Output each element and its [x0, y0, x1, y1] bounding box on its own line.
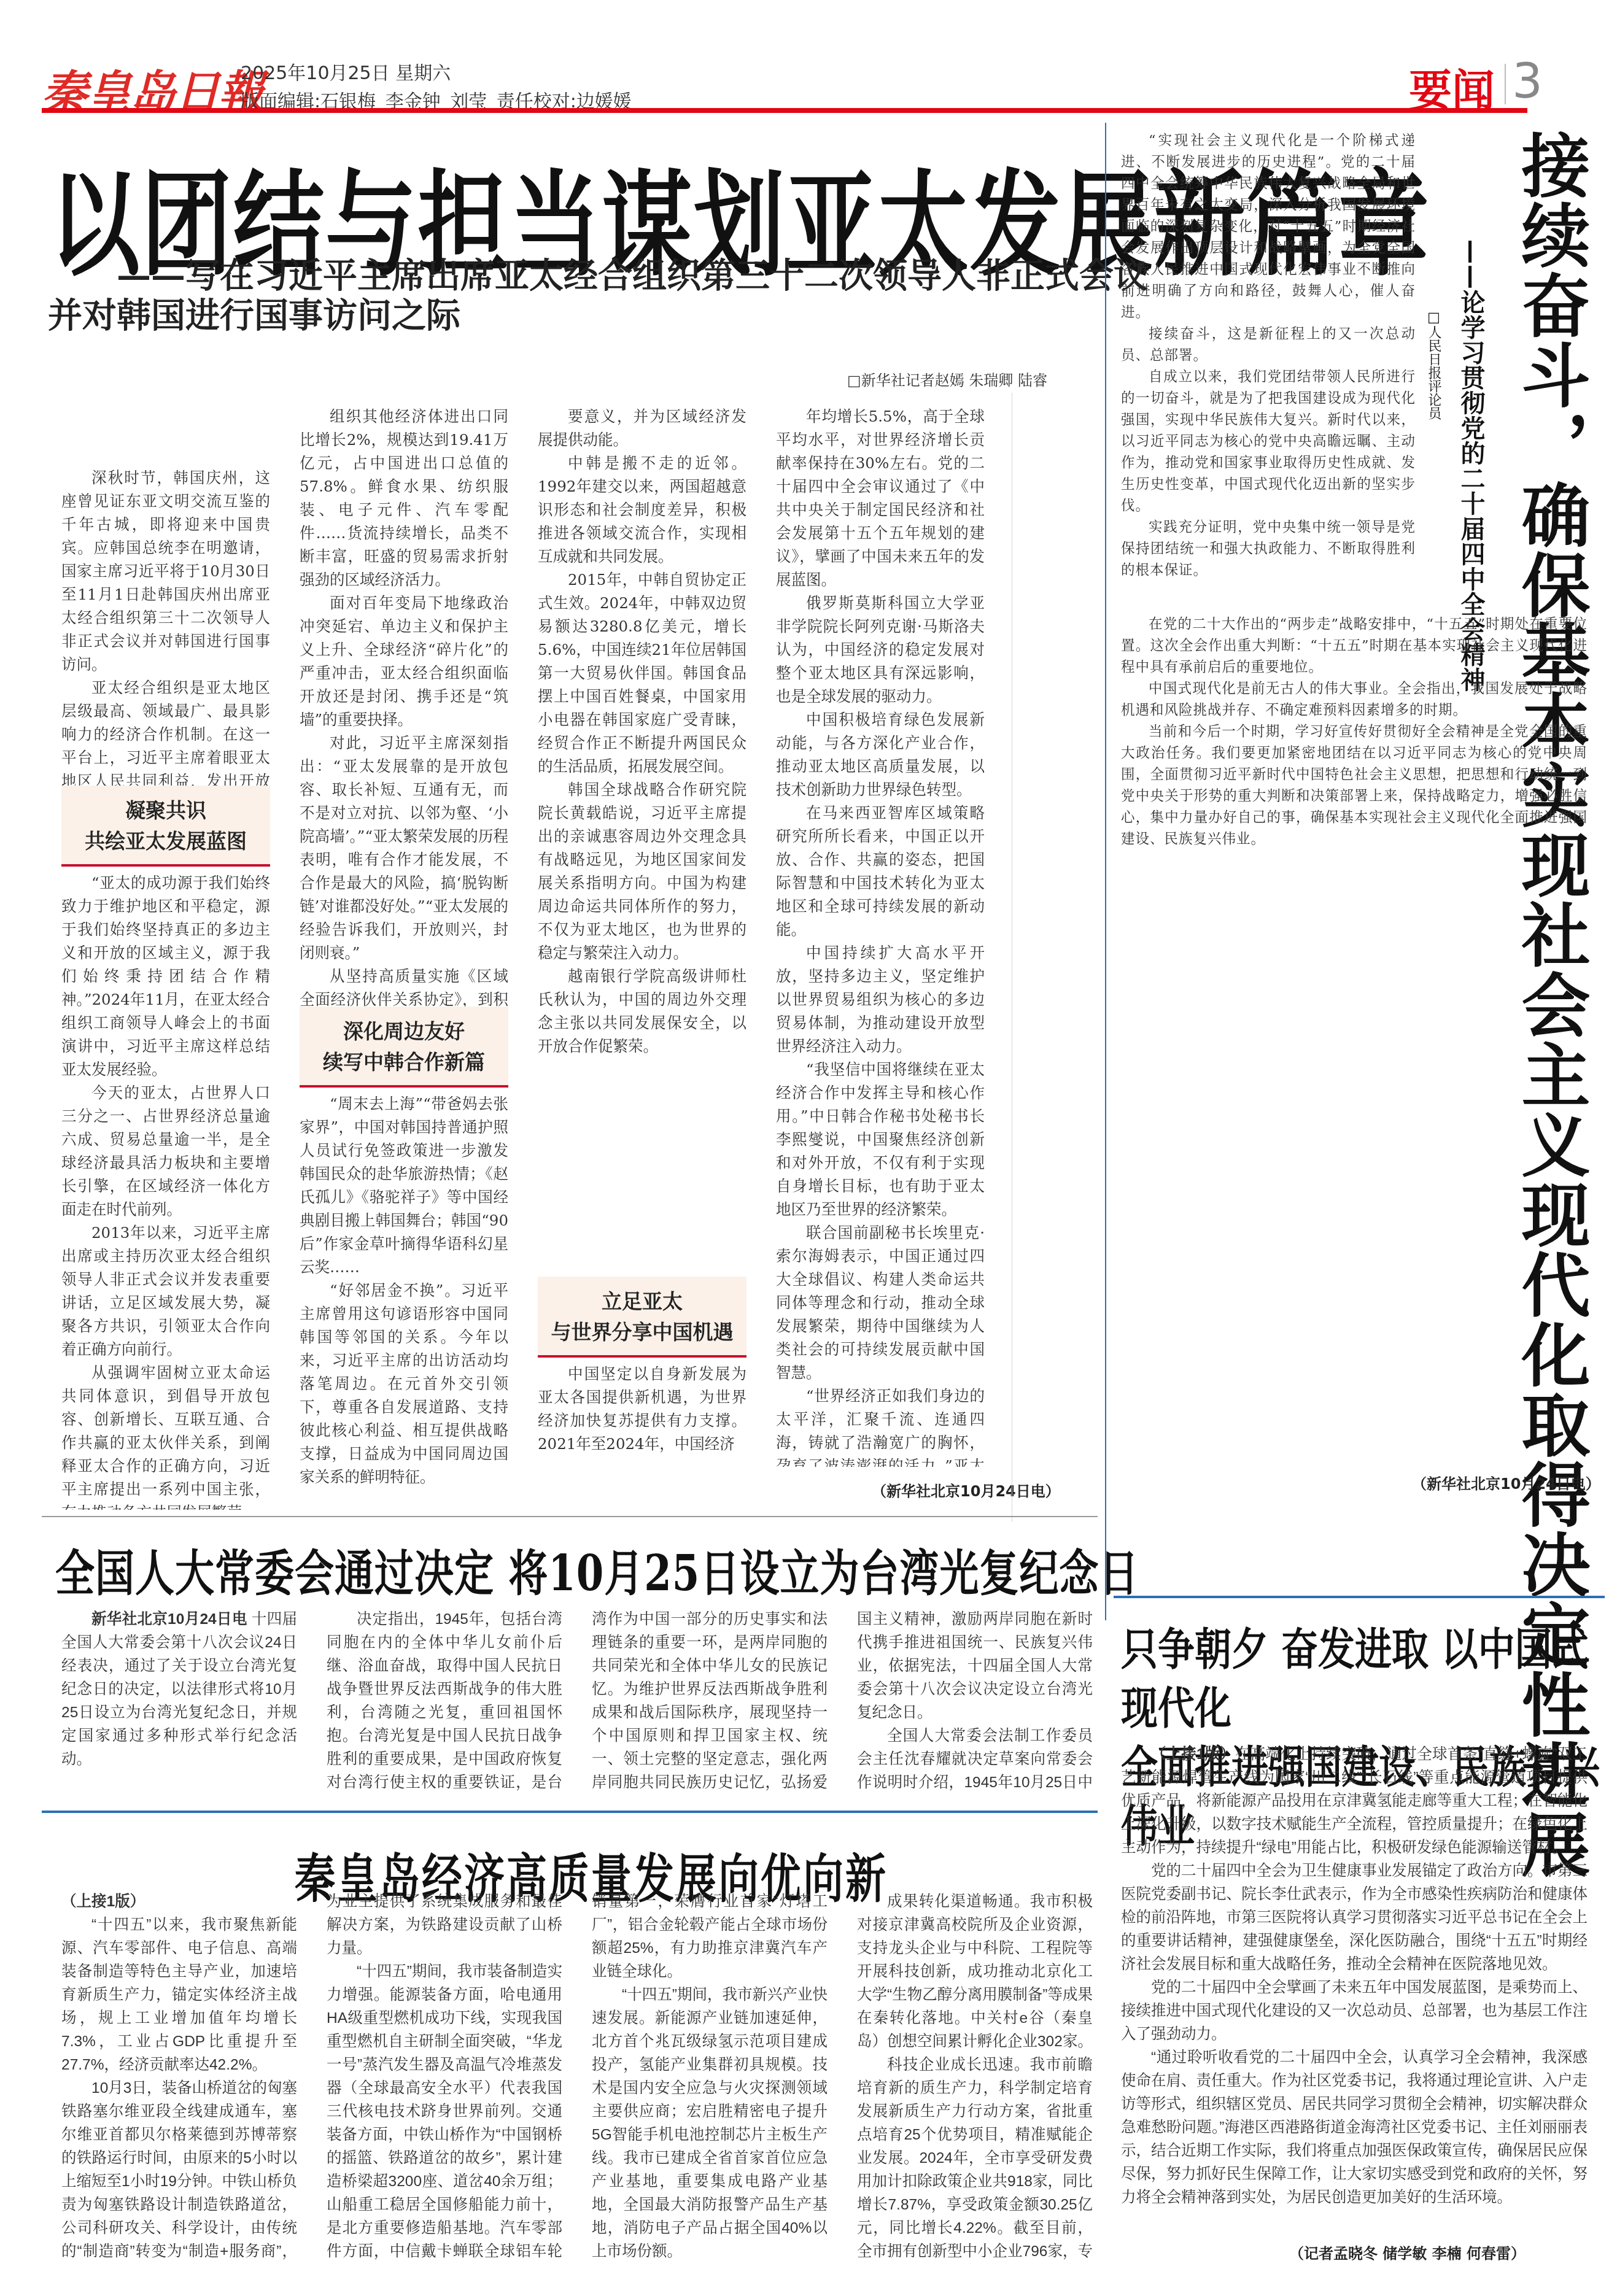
section-divider — [42, 1516, 1098, 1517]
subhead-line: 深化周边友好 — [300, 1016, 508, 1047]
paragraph: 当前和今后一个时期，学习好宣传好贯彻好全会精神是全党全国的重大政治任务。我们要更… — [1121, 721, 1588, 850]
paragraph: 越南银行学院高级讲师杜氏秋认为，中国的周边外交理念主张以共同发展保安全，以开放合… — [538, 965, 746, 1058]
paragraph: 韩国全球战略合作研究院院长黄载皓说，习近平主席提出的亲诚惠容周边外交理念具有战略… — [538, 778, 746, 965]
article1-column-2: 组织其他经济体进出口同比增长2%，规模达到19.41万亿元，占中国进出口总值的5… — [300, 405, 508, 1007]
article1-dateline: （新华社北京10月24日电） — [872, 1479, 1060, 1501]
subhead-line: 凝聚共识 — [61, 795, 270, 826]
main-subtitle-line2: 并对韩国进行国事访问之际 — [48, 288, 460, 338]
subhead-box-1: 凝聚共识 共绘亚太发展蓝图 — [61, 786, 270, 867]
paragraph: “世界经济正如我们身边的太平洋，汇聚千流、连通四海，铸就了浩瀚宽广的胸怀，孕育了… — [776, 1385, 985, 1467]
paragraph: 在党的二十大作出的“两步走”战略安排中，“十五五”时期处在重要位置。这次全会作出… — [1121, 614, 1588, 678]
paragraph: 面对百年变局下地缘政治冲突延宕、单边主义和保护主义上升、全球经济“碎片化”的严重… — [300, 592, 508, 732]
subhead-line: 共绘亚太发展蓝图 — [61, 826, 270, 857]
paragraph: “亚太的成功源于我们始终致力于维护地区和平稳定，源于我们始终坚持真正的多边主义和… — [61, 872, 270, 1081]
paragraph: 中国积极培育绿色发展新动能，与各方深化产业合作，推动亚太地区高质量发展，以技术创… — [776, 708, 985, 802]
paragraph: 自成立以来，我们党团结带领人民所进行的一切奋斗，就是为了把我国建设成为现代化强国… — [1121, 366, 1416, 517]
article1-column-3: 要意义，并为区域经济发展提供动能。 中韩是搬不走的近邻。1992年建交以来，两国… — [538, 405, 746, 1258]
article1-column-2b: “周末去上海”“带爸妈去张家界”，中国对韩国持普通护照人员试行免签政策进一步激发… — [300, 1092, 508, 1510]
paragraph: “我坚信中国将继续在亚太经济合作中发挥主导和核心作用。”中日韩合作秘书处秘书长李… — [776, 1058, 985, 1221]
continued-label: （上接1版） — [1151, 1746, 1235, 1763]
paragraph: 从强调牢固树立亚太命运共同体意识，到倡导开放包容、创新增长、互联互通、合作共赢的… — [61, 1361, 270, 1510]
article1-column-1b: “亚太的成功源于我们始终致力于维护地区和平稳定，源于我们始终坚持真正的多边主义和… — [61, 872, 270, 1510]
subhead-line: 立足亚太 — [538, 1286, 746, 1317]
paragraph: 组织其他经济体进出口同比增长2%，规模达到19.41万亿元，占中国进出口总值的5… — [300, 405, 508, 592]
paragraph: 从坚持高质量实施《区域全面经济伙伴关系协定》，到积极推动加入《全面与进步跨太平洋… — [300, 965, 508, 1007]
modernization-article-body: （上接1版）在高端化上持续突破，通过全球首条“直缝+螺旋”双工艺新能源焊管生产线… — [1121, 1743, 1588, 2234]
paragraph: 成果转化渠道畅通。我市积极对接京津冀高校院所及企业资源，支持龙头企业与中科院、工… — [857, 1890, 1093, 2054]
article1-column-4: 年均增长5.5%，高于全球平均水平，对世界经济增长贡献率保持在30%左右。党的二… — [776, 405, 985, 1467]
paragraph: 在马来西亚智库区域策略研究所所长看来，中国正以开放、合作、共赢的姿态，把国际智慧… — [776, 802, 985, 941]
section-divider-blue — [42, 1811, 1098, 1813]
article1-column-1: 深秋时节，韩国庆州，这座曾见证东亚文明交流互鉴的千年古城，即将迎来中国贵宾。应韩… — [61, 466, 270, 786]
issue-date: 2025年10月25日 星期六 — [241, 58, 451, 85]
paragraph: 亚太经合组织是亚太地区层级最高、领域最广、最具影响力的经济合作机制。在这一平台上… — [61, 676, 270, 786]
paragraph: “实现社会主义现代化是一个阶梯式递进、不断发展进步的历史进程”。党的二十届四中全… — [1121, 130, 1416, 323]
subhead-box-3: 立足亚太 与世界分享中国机遇 — [538, 1277, 746, 1358]
qinhuangdao-article-body: （上接1版） “十四五”以来，我市聚焦新能源、汽车零部件、电子信息、高端装备制造… — [61, 1890, 1093, 2283]
article1-column-3b: 中国坚定以自身新发展为亚太各国提供新机遇，为世界经济加快复苏提供有力支撑。202… — [538, 1363, 746, 1510]
paragraph: 中国坚定以自身新发展为亚太各国提供新机遇，为世界经济加快复苏提供有力支撑。202… — [538, 1363, 746, 1456]
paragraph: “十四五”期间，我市新兴产业快速发展。新能源产业链加速延伸，北方首个兆瓦级绿氢示… — [592, 1984, 828, 2263]
sidebar-section-divider — [1114, 1596, 1605, 1598]
commentary-dateline: （新华社北京10月24日电） — [1412, 1472, 1600, 1493]
commentary-byline: □人民日报评论员 — [1424, 310, 1443, 420]
paragraph: 党的二十届四中全会为卫生健康事业发展锚定了政治方向。市第三医院党委副书记、院长李… — [1121, 1860, 1588, 1976]
paragraph: 要意义，并为区域经济发展提供动能。 — [538, 405, 746, 452]
paragraph: “通过聆听收看党的二十届四中全会，认真学习全会精神，我深感使命在肩、责任重大。作… — [1121, 2046, 1588, 2209]
paragraph: 中国式现代化是前无古人的伟大事业。全会指出，我国发展处于战略机遇和风险挑战并存、… — [1121, 678, 1588, 721]
paragraph: 对此，习近平主席深刻指出：“亚太发展靠的是开放包容、取长补短、互通有无，而不是对… — [300, 732, 508, 965]
headline-line: 只争朝夕 奋发进取 以中国式现代化 — [1121, 1620, 1609, 1738]
paragraph: 俄罗斯莫斯科国立大学亚非学院院长阿列克谢·马斯洛夫认为，中国经济的稳定发展对整个… — [776, 592, 985, 708]
paragraph: “周末去上海”“带爸妈去张家界”，中国对韩国持普通护照人员试行免签政策进一步激发… — [300, 1092, 508, 1279]
paragraph: 2013年以来，习近平主席出席或主持历次亚太经合组织领导人非正式会议并发表重要讲… — [61, 1221, 270, 1361]
paragraph: 十四届全国人大常委会第十八次会议24日经表决，通过了关于设立台湾光复纪念日的决定… — [61, 1611, 297, 1768]
paragraph: 联合国前副秘书长埃里克·索尔海姆表示，中国正通过四大全球倡议、构建人类命运共同体… — [776, 1221, 985, 1385]
commentary-column-bottom: 在党的二十大作出的“两步走”战略安排中，“十五五”时期处在重要位置。这次全会作出… — [1121, 614, 1588, 1467]
paragraph: 今天的亚太，占世界人口三分之一、占世界经济总量逾六成、贸易总量逾一半，是全球经济… — [61, 1081, 270, 1221]
section-divider — [1505, 64, 1506, 104]
paragraph: 2015年，中韩自贸协定正式生效。2024年，中韩双边贸易额达3280.8亿美元… — [538, 568, 746, 778]
paragraph: 实践充分证明，党中央集中统一领导是党保持团结统一和强大执政能力、不断取得胜利的根… — [1121, 517, 1416, 581]
paragraph: 中韩是搬不走的近邻。1992年建交以来，两国超越意识形态和社会制度差异，积极推进… — [538, 452, 746, 568]
subhead-line: 与世界分享中国机遇 — [538, 1317, 746, 1348]
masthead-rule — [42, 108, 1527, 113]
taiwan-article-body: 新华社北京10月24日电 十四届全国人大常委会第十八次会议24日经表决，通过了关… — [61, 1608, 1093, 1798]
sidebar-divider — [1105, 123, 1106, 1620]
reporters-credit: （记者孟晓冬 储学敏 李楠 何春雷） — [1289, 2241, 1526, 2263]
taiwan-headline: 全国人大常委会通过决定 将10月25日设立为台湾光复纪念日 — [55, 1534, 1139, 1605]
page-number: 3 — [1512, 54, 1543, 109]
paragraph: 深秋时节，韩国庆州，这座曾见证东亚文明交流互鉴的千年古城，即将迎来中国贵宾。应韩… — [61, 466, 270, 676]
subhead-box-2: 深化周边友好 续写中韩合作新篇 — [300, 1007, 508, 1088]
paragraph: 中国持续扩大高水平开放，坚持多边主义，坚定维护以世界贸易组织为核心的多边贸易体制… — [776, 941, 985, 1058]
paragraph: 接续奋斗，这是新征程上的又一次总动员、总部署。 — [1121, 323, 1416, 366]
dateline-lead: 新华社北京10月24日电 — [91, 1611, 247, 1628]
paragraph: 年均增长5.5%，高于全球平均水平，对世界经济增长贡献率保持在30%左右。党的二… — [776, 405, 985, 592]
commentary-column-top: “实现社会主义现代化是一个阶梯式递进、不断发展进步的历史进程”。党的二十届四中全… — [1121, 130, 1416, 609]
subhead-line: 续写中韩合作新篇 — [300, 1047, 508, 1078]
paragraph: “好邻居金不换”。习近平主席曾用这句谚语形容中国同韩国等邻国的关系。今年以来，习… — [300, 1279, 508, 1489]
paragraph: “十四五”以来，我市聚焦新能源、汽车零部件、电子信息、高端装备制造等特色主导产业… — [61, 1914, 297, 2077]
paragraph: 党的二十届四中全会擘画了未来五年中国发展蓝图，是乘势而上、接续推进中国式现代化建… — [1121, 1976, 1588, 2046]
main-byline: □新华社记者赵嫣 朱瑞卿 陆睿 — [847, 368, 1047, 390]
continued-label: （上接1版） — [61, 1893, 145, 1910]
column-divider — [1012, 393, 1012, 1522]
